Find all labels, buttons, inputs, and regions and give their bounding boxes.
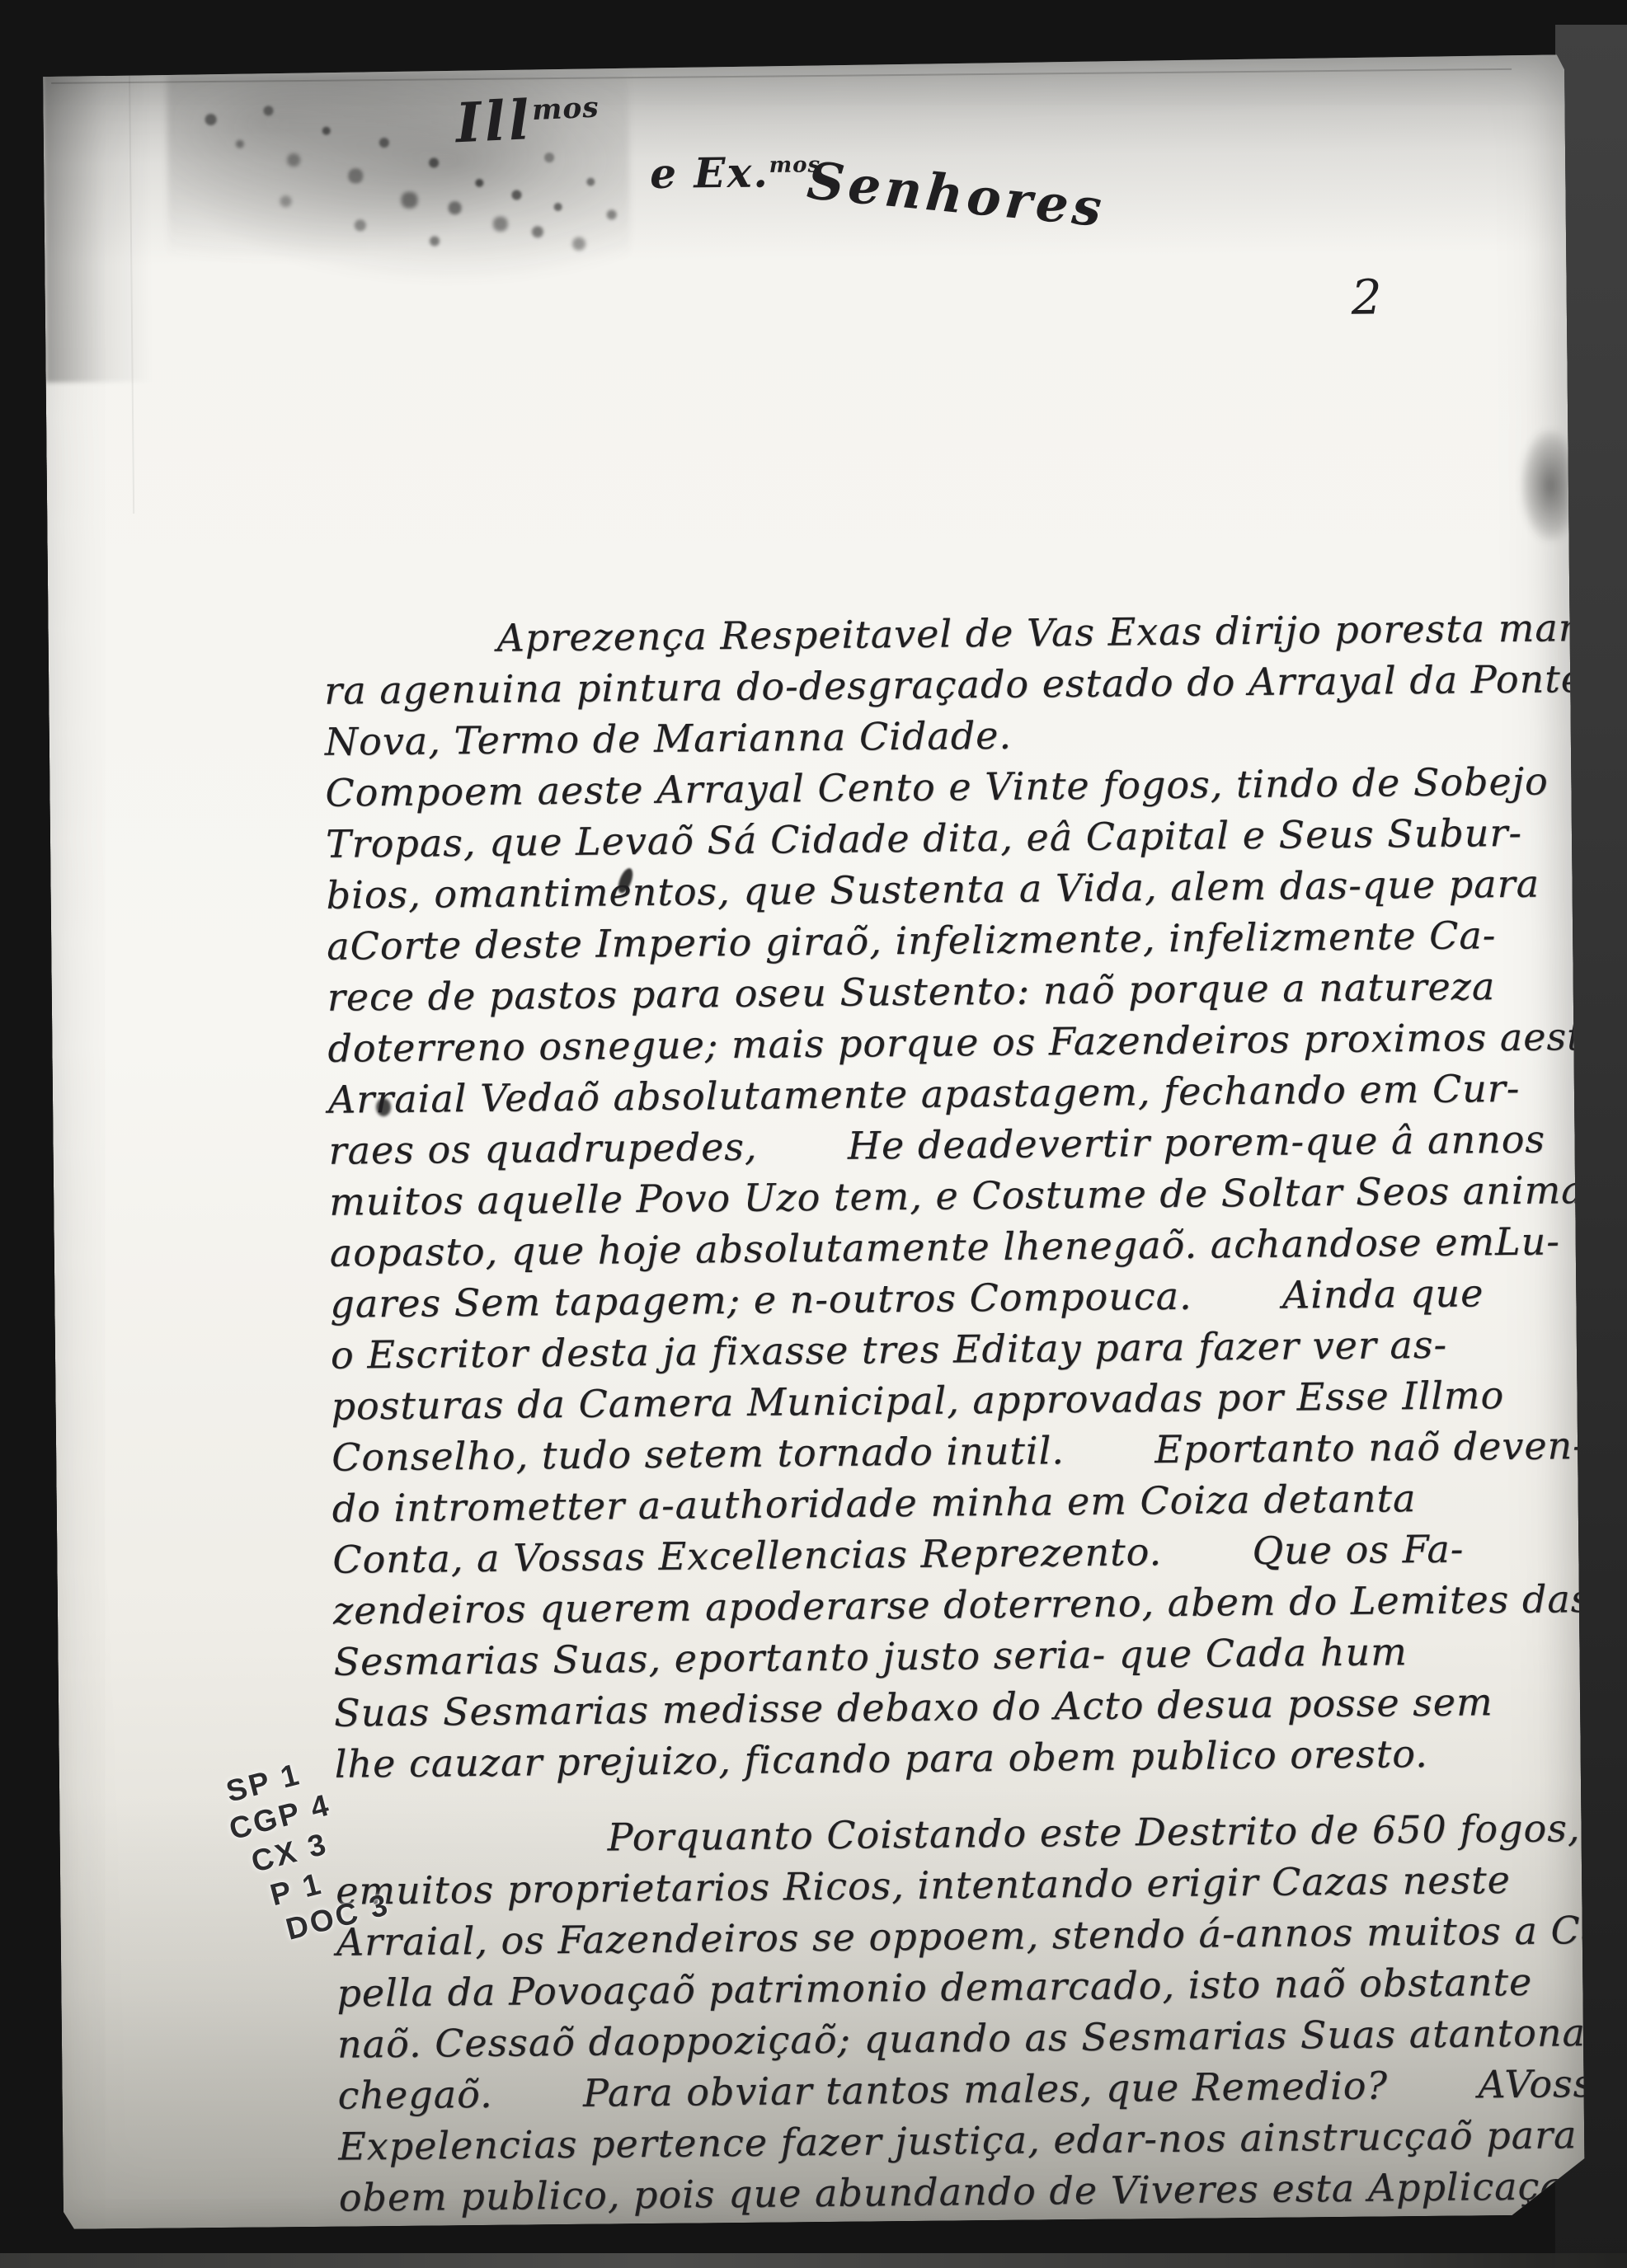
salutation-word: e Ex.	[650, 148, 769, 198]
scan-background: Illmos e Ex.mos Senhores 2 Aprezença Res…	[0, 0, 1627, 2268]
corner-smudge	[43, 68, 153, 383]
manuscript-page: Illmos e Ex.mos Senhores 2 Aprezença Res…	[43, 54, 1585, 2229]
salutation-exmos: e Ex.mos	[650, 148, 821, 198]
scanner-strip	[0, 2253, 1627, 2268]
manuscript-line: lhe cauzar prejuizo, ficando para obem p…	[334, 1726, 1588, 1790]
salutation-word: Ill	[454, 87, 534, 155]
salutation-illmos: Illmos	[454, 85, 601, 156]
right-edge-stain	[1520, 430, 1570, 542]
mold-speckles	[158, 85, 163, 90]
salutation-superscript: mos	[531, 92, 600, 128]
page-number: 2	[1351, 269, 1382, 325]
manuscript-body: Aprezença Respeitavel de Vas Exas dirijo…	[323, 602, 1592, 2223]
